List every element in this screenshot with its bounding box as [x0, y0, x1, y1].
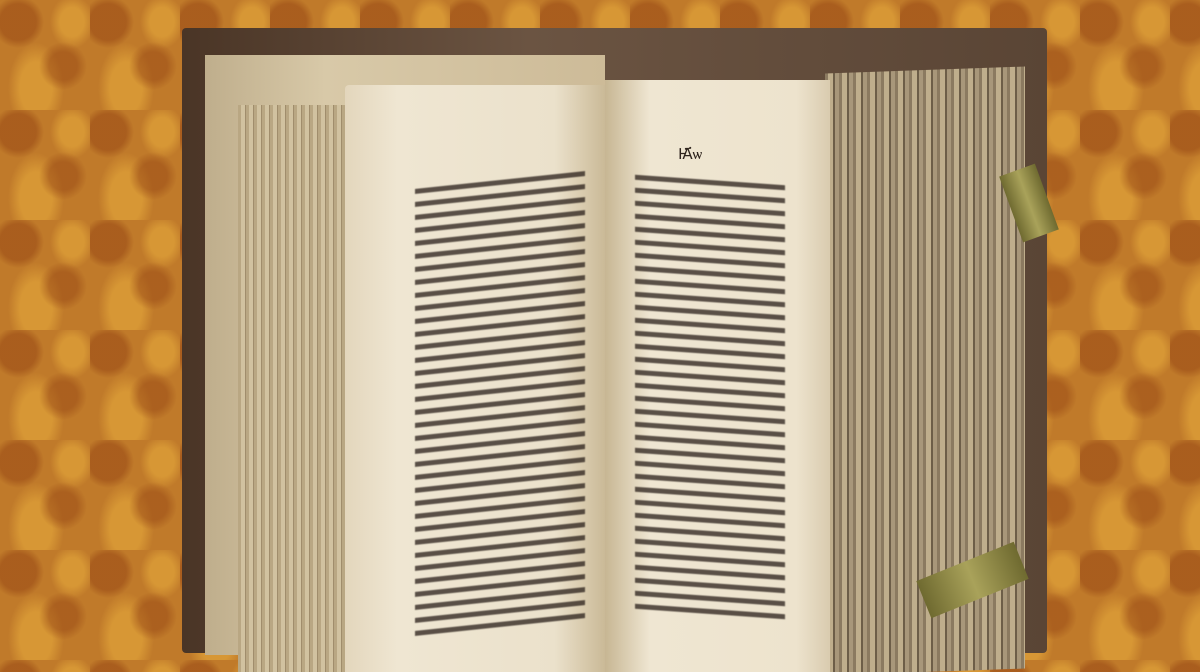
left-page-edges — [238, 105, 348, 672]
right-page-header: Ꙗ҃ѡ — [678, 145, 702, 164]
left-page-text — [415, 171, 585, 639]
right-page-text — [635, 175, 785, 625]
